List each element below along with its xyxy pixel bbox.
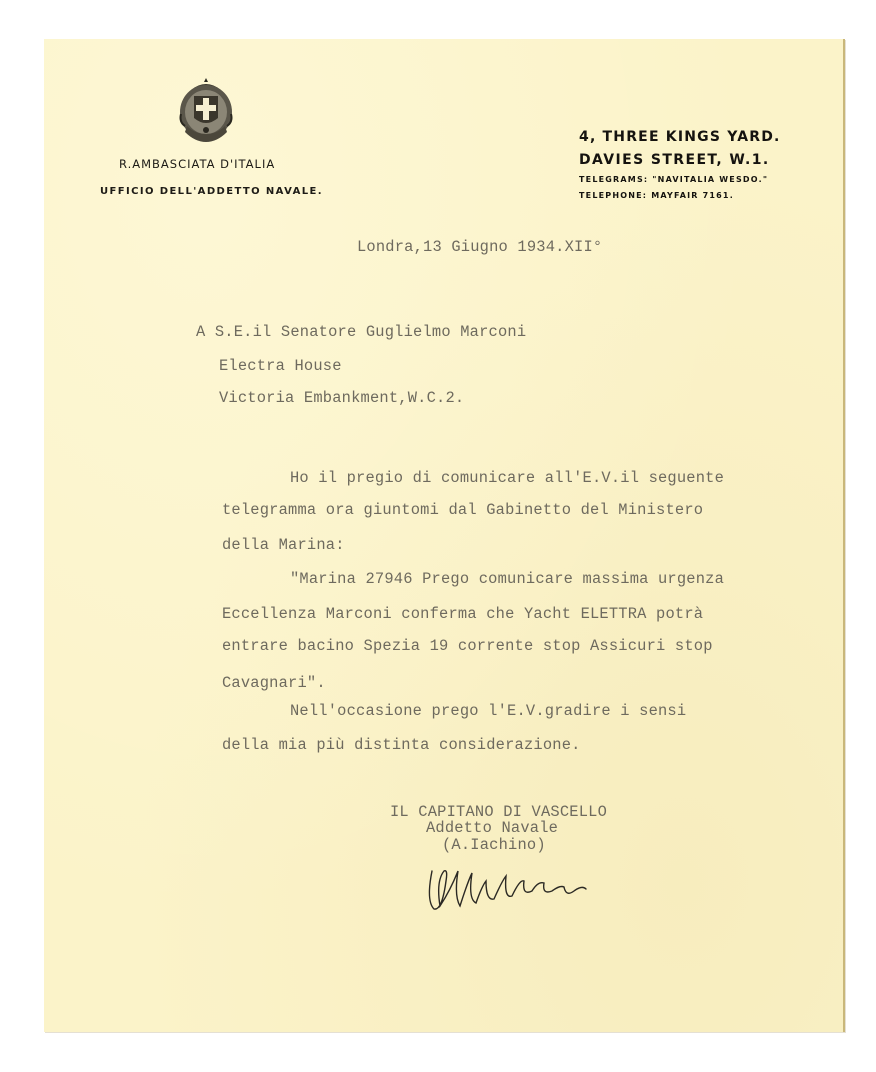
savoy-coat-of-arms-icon	[175, 76, 237, 146]
closing-line: Nell'occasione prego l'E.V.gradire i sen…	[290, 702, 686, 720]
recipient-line: Victoria Embankment,W.C.2.	[219, 389, 464, 407]
address-line-2: DAVIES STREET, W.1.	[579, 152, 770, 168]
telegram-line: "Marina 27946 Prego comunicare massima u…	[290, 570, 724, 588]
embassy-name: R.AMBASCIATA D'ITALIA	[119, 157, 275, 171]
telephone-line: TELEPHONE: MAYFAIR 7161.	[579, 191, 734, 200]
telegram-line: entrare bacino Spezia 19 corrente stop A…	[222, 637, 713, 655]
recipient-line: A S.E.il Senatore Guglielmo Marconi	[196, 323, 526, 341]
body-line: della Marina:	[222, 536, 345, 554]
naval-attache-office: UFFICIO DELL'ADDETTO NAVALE.	[100, 186, 323, 197]
signatory-role: Addetto Navale	[426, 819, 558, 837]
body-line: telegramma ora giuntomi dal Gabinetto de…	[222, 501, 703, 519]
telegram-line: Eccellenza Marconi conferma che Yacht EL…	[222, 605, 703, 623]
address-line-1: 4, THREE KINGS YARD.	[579, 129, 781, 145]
recipient-line: Electra House	[219, 357, 342, 375]
letter-page: R.AMBASCIATA D'ITALIA UFFICIO DELL'ADDET…	[44, 39, 845, 1032]
date-line: Londra,13 Giugno 1934.XII°	[357, 238, 602, 256]
body-line: Ho il pregio di comunicare all'E.V.il se…	[290, 469, 724, 487]
closing-line: della mia più distinta considerazione.	[222, 736, 581, 754]
handwritten-signature-icon	[424, 851, 594, 921]
telegrams-line: TELEGRAMS: "NAVITALIA WESDO."	[579, 175, 768, 184]
telegram-line: Cavagnari".	[222, 674, 326, 692]
